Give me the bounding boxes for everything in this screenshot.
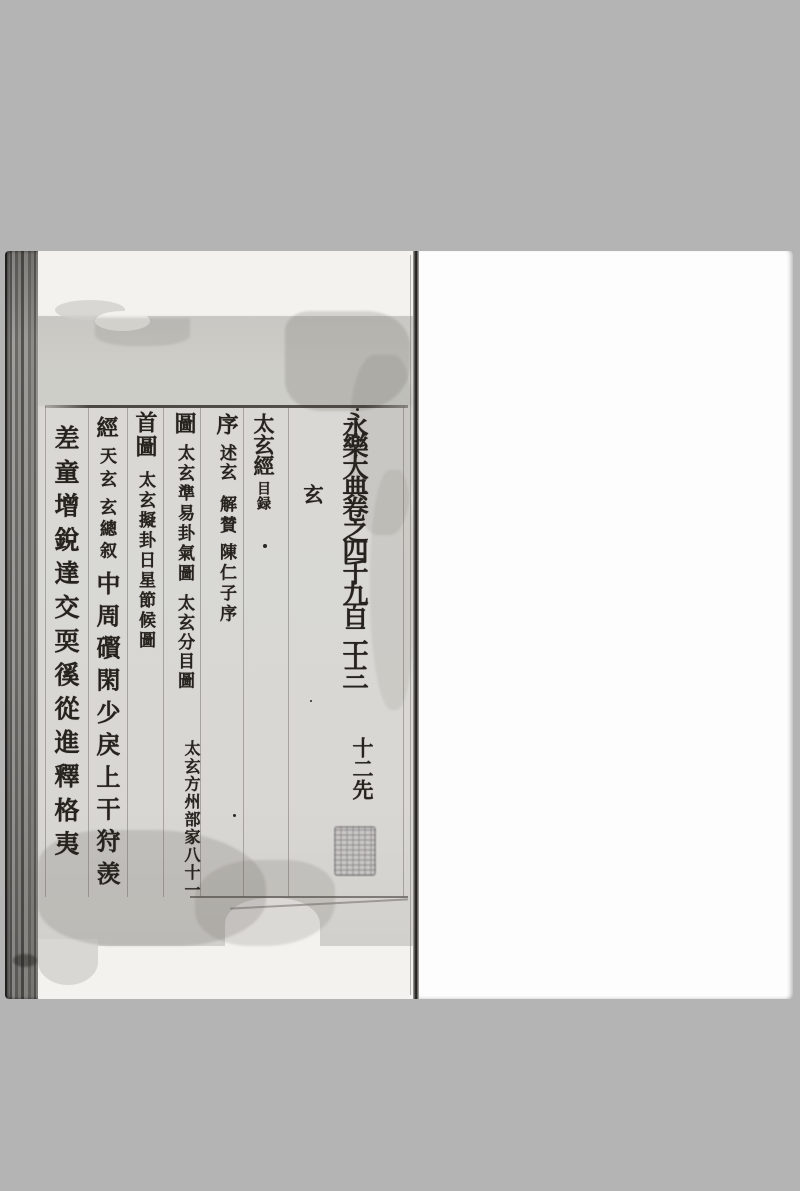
toc-entry: 述玄 [216, 435, 236, 482]
toc-title-column: 太玄經目録 [253, 413, 274, 511]
column-rule [163, 406, 164, 897]
bottom-note-column: 太玄方州部家八十一 [183, 740, 199, 899]
toc-entry: 天玄 [96, 438, 116, 493]
stain [95, 318, 190, 346]
top-margin-rule [45, 405, 408, 408]
toc-section-column-shoutu: 首圖太玄擬卦日星節候圖 [134, 411, 156, 651]
toc-entry: 解賛 [216, 482, 236, 537]
toc-entry: 陳仁子序 [216, 537, 236, 625]
bottom-margin-rule [190, 896, 408, 898]
section-heading: 圖 [171, 412, 197, 434]
ink-dot [356, 408, 359, 411]
column-rule [88, 406, 89, 897]
collector-seal-stamp-icon [334, 826, 376, 876]
toc-title-main: 太玄經 [251, 413, 276, 476]
ink-dot [233, 814, 236, 817]
column-rule [288, 406, 289, 897]
toc-entry: 太玄擬卦日星節候圖 [135, 459, 155, 651]
spine-smudge [13, 954, 37, 967]
ink-dot [310, 700, 312, 702]
toc-entry: 太玄準易卦氣圖 [174, 434, 194, 584]
scan-viewport: 永樂大典卷之四千九百二十三 十二先 玄 太玄經目録 序述玄解賛陳仁子序 圖太玄準… [0, 0, 800, 1191]
toc-title-sub: 目録 [255, 476, 271, 511]
section-heading: 首圖 [132, 411, 158, 459]
toc-entry: 玄總叙 [96, 493, 116, 563]
book-spine-edge [5, 251, 38, 999]
folio-marker: 十二先 [352, 737, 373, 800]
tetragram-list-continued: 差童增銳達交耎徯從進釋格夷 [53, 425, 78, 864]
section-heading: 經 [93, 416, 119, 438]
title-column: 永樂大典卷之四千九百二十三 [340, 412, 366, 685]
column-rule [243, 406, 244, 897]
column-rule [403, 406, 404, 897]
page-edge-line [410, 255, 411, 995]
torn-edge-patch [38, 939, 98, 985]
column-rule [45, 406, 46, 897]
column-rule [127, 406, 128, 897]
toc-section-column-jing: 經天玄玄總叙中周礥閑少戾上干狩羡 [94, 416, 118, 893]
section-heading: 序 [213, 413, 239, 435]
stain [370, 470, 414, 710]
toc-section-column-tu: 圖太玄準易卦氣圖太玄分目圖 [173, 412, 195, 691]
ink-dot [263, 544, 267, 548]
category-label: 玄 [302, 484, 322, 504]
tetragram-list: 中周礥閑少戾上干狩羡 [92, 563, 121, 893]
toc-entry: 太玄分目圖 [174, 584, 194, 691]
toc-section-column-xu: 序述玄解賛陳仁子序 [215, 413, 237, 625]
right-page-blank [419, 251, 793, 999]
